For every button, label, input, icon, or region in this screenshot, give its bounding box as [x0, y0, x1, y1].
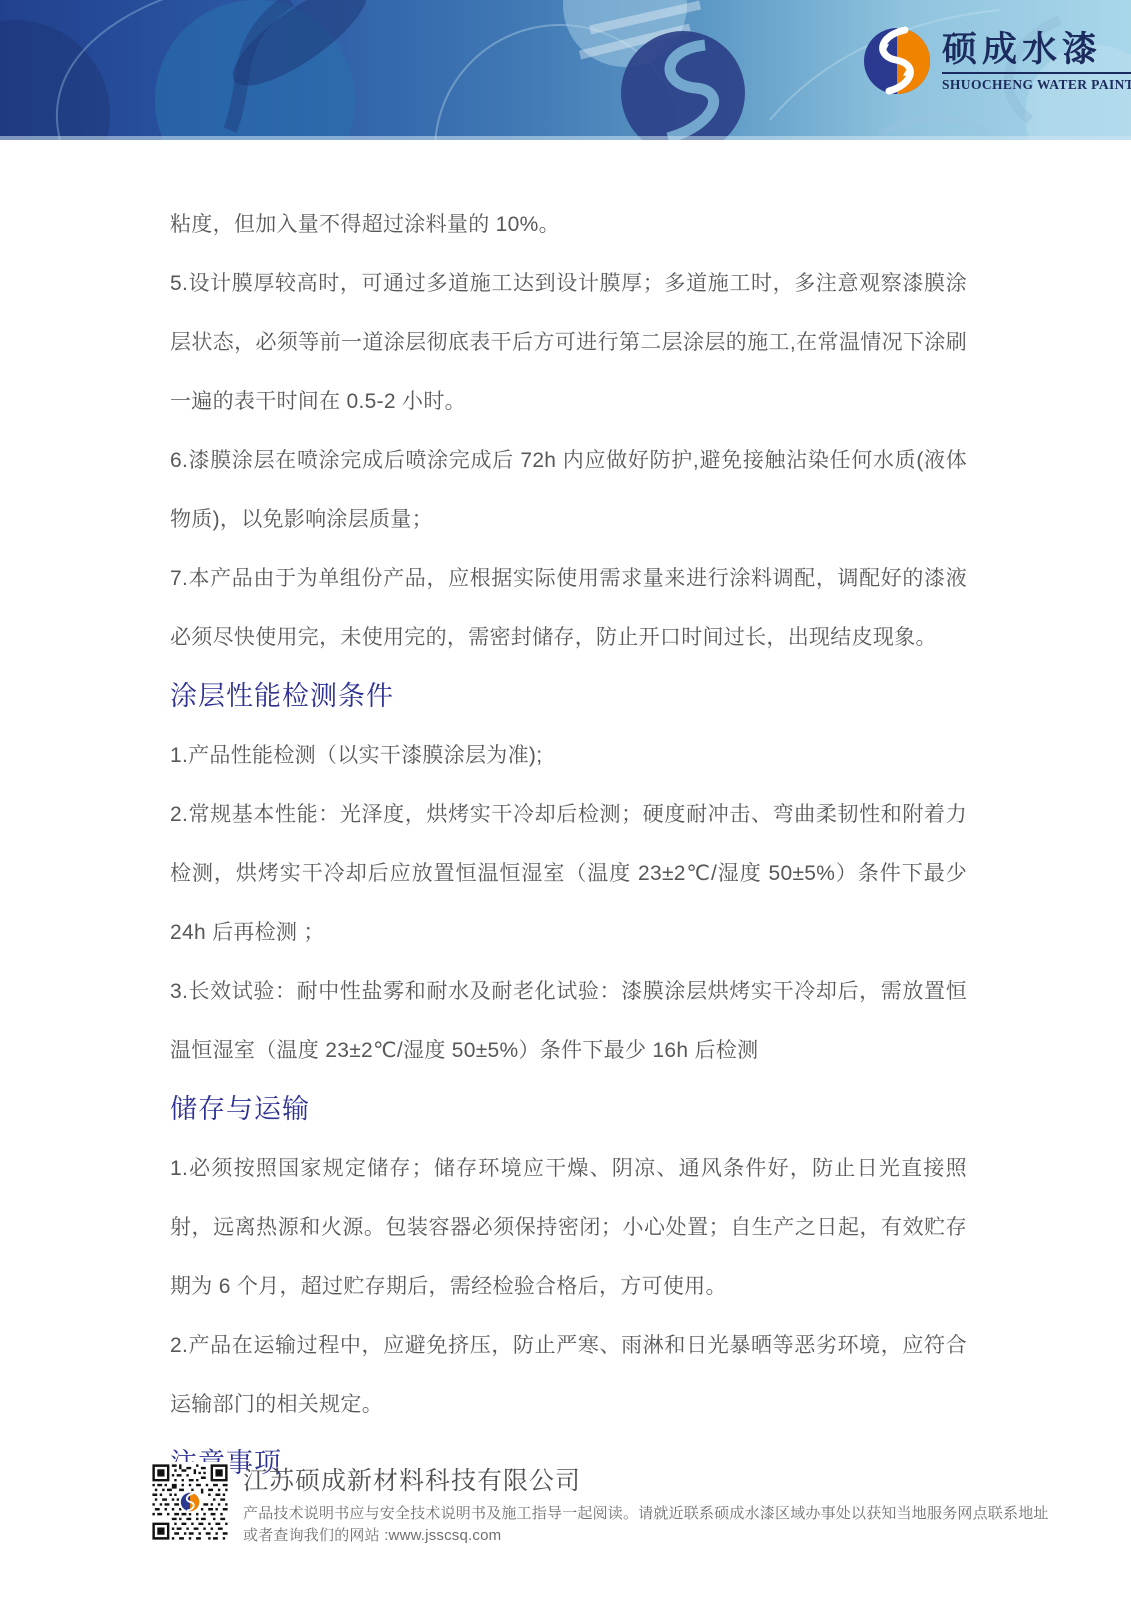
section-heading-coating-test-conditions: 涂层性能检测条件	[170, 667, 967, 726]
footer-note-line1: 产品技术说明书应与安全技术说明书及施工指导一起阅读。请就近联系硕成水漆区域办事处…	[243, 1503, 1049, 1525]
brand-divider	[942, 72, 1131, 74]
paragraph-item6-protection: 6.漆膜涂层在喷涂完成后喷涂完成后 72h 内应做好防护,避免接触沾染任何水质(…	[170, 431, 967, 549]
brand-name-en: SHUOCHENG WATER PAINT	[942, 77, 1131, 93]
brand-text: 硕成水漆 SHUOCHENG WATER PAINT	[942, 30, 1131, 93]
paragraph-test-item2: 2.常规基本性能：光泽度，烘烤实干冷却后检测；硬度耐冲击、弯曲柔韧性和附着力检测…	[170, 785, 967, 962]
paragraph-storage-item2: 2.产品在运输过程中，应避免挤压，防止严寒、雨淋和日光暴晒等恶劣环境，应符合运输…	[170, 1316, 967, 1434]
section-heading-storage-transport: 储存与运输	[170, 1080, 967, 1139]
document-body: 粘度，但加入量不得超过涂料量的 10%。 5.设计膜厚较高时，可通过多道施工达到…	[170, 140, 967, 1493]
brand-logo: 硕成水漆 SHUOCHENG WATER PAINT	[862, 26, 1131, 96]
paragraph-storage-item1: 1.必须按照国家规定储存；储存环境应干燥、阴凉、通风条件好，防止日光直接照射，远…	[170, 1139, 967, 1316]
paragraph-item7-single-component: 7.本产品由于为单组份产品，应根据实际使用需求量来进行涂料调配，调配好的漆液必须…	[170, 549, 967, 667]
document-page: 硕成水漆 SHUOCHENG WATER PAINT 粘度，但加入量不得超过涂料…	[0, 0, 1131, 1600]
header-banner: 硕成水漆 SHUOCHENG WATER PAINT	[0, 0, 1131, 140]
brand-name-cn: 硕成水漆	[942, 30, 1131, 70]
brand-logo-icon	[862, 26, 932, 96]
paragraph-viscosity-note: 粘度，但加入量不得超过涂料量的 10%。	[170, 195, 967, 254]
paragraph-test-item3: 3.长效试验：耐中性盐雾和耐水及耐老化试验：漆膜涂层烘烤实干冷却后，需放置恒温恒…	[170, 962, 967, 1080]
paragraph-item5-film-thickness: 5.设计膜厚较高时，可通过多道施工达到设计膜厚；多道施工时，多注意观察漆膜涂层状…	[170, 254, 967, 431]
qr-code	[150, 1462, 230, 1542]
footer-note-line2: 或者查询我们的网站 :www.jsscsq.com	[243, 1525, 1049, 1547]
footer-text: 江苏硕成新材料科技有限公司 产品技术说明书应与安全技术说明书及施工指导一起阅读。…	[243, 1462, 1049, 1547]
footer-company-name: 江苏硕成新材料科技有限公司	[243, 1466, 1049, 1496]
footer: 江苏硕成新材料科技有限公司 产品技术说明书应与安全技术说明书及施工指导一起阅读。…	[150, 1462, 990, 1547]
paragraph-test-item1: 1.产品性能检测（以实干漆膜涂层为准);	[170, 726, 967, 785]
